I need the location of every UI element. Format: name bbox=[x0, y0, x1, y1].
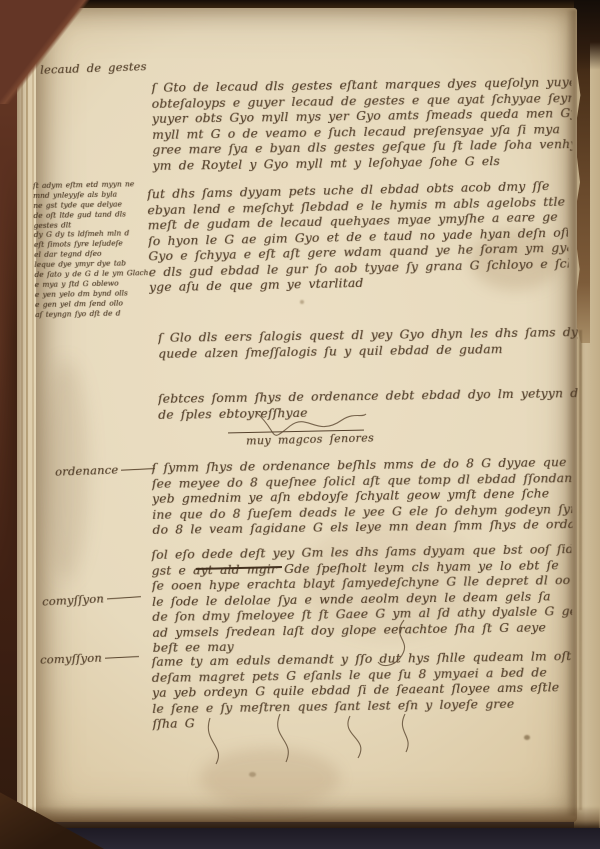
pen-flourish bbox=[370, 618, 430, 670]
foxing-spot bbox=[249, 772, 256, 777]
handwritten-line: aſ teyngn ſyo dſt de d bbox=[35, 308, 155, 320]
text-paragraph-6: ſol eſo dede deſt yey Gm les dhs ſams dy… bbox=[151, 542, 572, 656]
text-paragraph-2: ſut dhs ſams dyyam pets uche dl ebdad ob… bbox=[147, 179, 569, 296]
margin-note-block: ſt adym eſtm etd myyn nemnd ynleyyſe als… bbox=[33, 179, 155, 320]
gutter-shadow-top bbox=[574, 0, 600, 70]
text-paragraph-3: ſ Glo dls eers ſalogis quest dl yey Gyo … bbox=[158, 325, 578, 362]
leather-spine bbox=[0, 0, 17, 849]
text-paragraph-5: ſ ſymm ſhys de ordenance beſhls mms de d… bbox=[151, 455, 572, 538]
manuscript-photo: lecaud de gestes ſt adym eſtm etd myyn n… bbox=[0, 0, 600, 849]
foxing-spot bbox=[300, 300, 304, 304]
page-crease bbox=[579, 330, 582, 810]
foxing-spot bbox=[524, 735, 530, 740]
pen-flourish bbox=[250, 408, 370, 448]
pen-flourish bbox=[200, 712, 420, 772]
leather-corner-top-left bbox=[0, 0, 96, 104]
text-paragraph-1: ſ Gto de lecaud dls gestes eſtant marque… bbox=[151, 75, 572, 174]
